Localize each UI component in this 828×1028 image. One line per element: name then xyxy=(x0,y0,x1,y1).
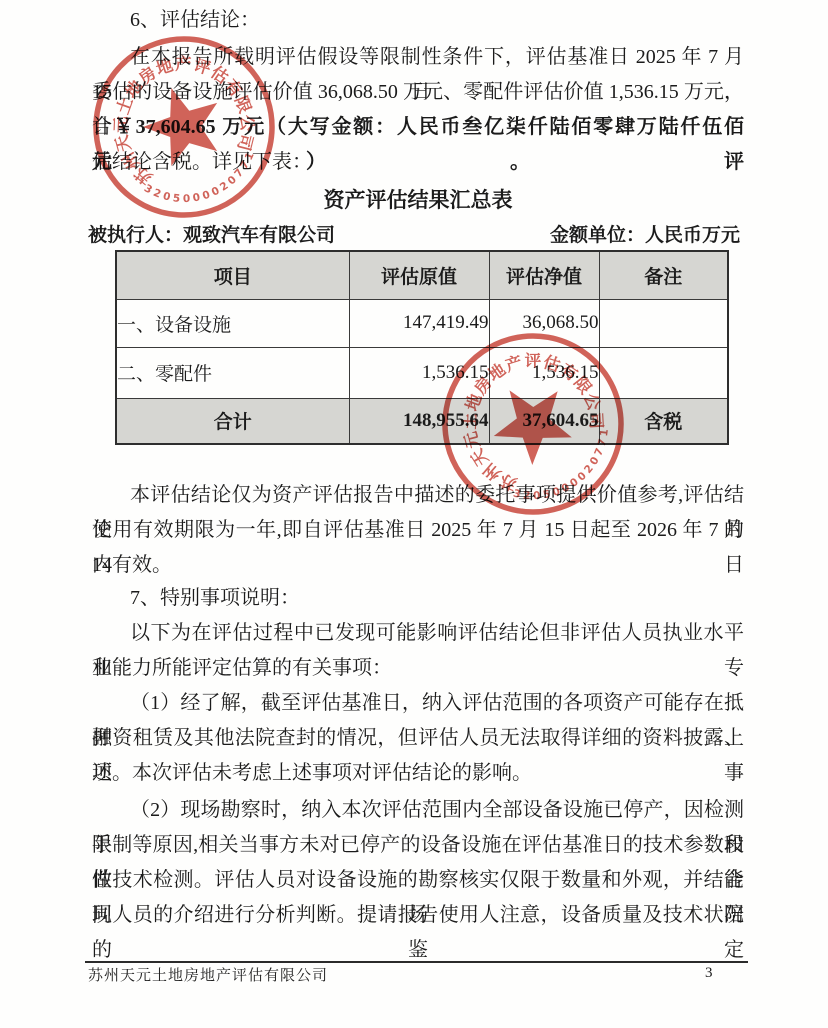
paragraph-line: 在本报告所载明评估假设等限制性条件下，评估基准日 2025 年 7 月 15 日… xyxy=(92,40,744,75)
paragraph-validity-period: 本评估结论仅为资产评估报告中描述的委托事项提供价值参考,评估结论的 使用有效期限… xyxy=(92,478,744,583)
paragraph-line: 使用有效期限为一年,即自评估基准日 2025 年 7 月 15 日起至 2026… xyxy=(92,513,744,548)
paragraph-line: 同人员的介绍进行分析判断。提请报告使用人注意，设备质量及技术状况的鉴定 xyxy=(92,898,744,933)
valuation-summary-table: 项目 评估原值 评估净值 备注 一、设备设施 147,419.49 36,068… xyxy=(115,250,729,445)
column-header-original-value: 评估原值 xyxy=(349,251,489,299)
column-header-item: 项目 xyxy=(116,251,349,299)
column-header-note: 备注 xyxy=(599,251,728,299)
footer-company-name: 苏州天元土地房地产评估有限公司 xyxy=(88,966,328,986)
column-header-net-value: 评估净值 xyxy=(489,251,599,299)
paragraph-line: 业能力所能评定估算的有关事项： xyxy=(92,651,744,686)
paragraph-line: 内有效。 xyxy=(92,548,744,583)
document-page: 6、评估结论： 在本报告所载明评估假设等限制性条件下，评估基准日 2025 年 … xyxy=(0,0,828,1028)
paragraph-special-matter-1: （1）经了解，截至评估基准日，纳入评估范围的各项资产可能存在抵押、 融资租赁及其… xyxy=(92,686,744,791)
paragraph-line: 以下为在评估过程中已发现可能影响评估结论但非评估人员执业水平和专 xyxy=(92,616,744,651)
cell-original-value: 1,536.15 xyxy=(349,347,489,398)
table-meta-executee: 被执行人：观致汽车有限公司 xyxy=(88,221,335,251)
svg-text:2: 2 xyxy=(582,463,596,476)
paragraph-special-matter-2: （2）现场勘察时，纳入本次评估范围内全部设备设施已停产，因检测手段 限制等原因,… xyxy=(92,793,744,933)
cell-item: 二、零配件 xyxy=(116,347,349,398)
table-meta-currency-unit: 金额单位：人民币万元 xyxy=(550,221,740,251)
cell-item-total: 合计 xyxy=(116,398,349,444)
paragraph-line: 做技术检测。评估人员对设备设施的勘察核实仅限于数量和外观，并结合现场陪 xyxy=(92,863,744,898)
paragraph-line: （1）经了解，截至评估基准日，纳入评估范围的各项资产可能存在抵押、 xyxy=(92,686,744,721)
cell-original-value: 148,955.64 xyxy=(349,398,489,444)
text-segment: 计 xyxy=(92,116,114,138)
table-row-equipment: 一、设备设施 147,419.49 36,068.50 xyxy=(116,299,728,347)
paragraph-line: 本评估结论仅为资产评估报告中描述的委托事项提供价值参考,评估结论的 xyxy=(92,478,744,513)
cell-net-value: 1,536.15 xyxy=(489,347,599,398)
cell-net-value: 36,068.50 xyxy=(489,299,599,347)
cell-note-tax-included: 含税 xyxy=(599,398,728,444)
cell-item: 一、设备设施 xyxy=(116,299,349,347)
table-row-spare-parts: 二、零配件 1,536.15 1,536.15 xyxy=(116,347,728,398)
footer-divider xyxy=(85,961,748,963)
svg-text:7: 7 xyxy=(592,446,606,457)
paragraph-line: 融资租赁及其他法院查封的情况，但评估人员无法取得详细的资料披露上述事 xyxy=(92,721,744,756)
paragraph-valuation-conclusion: 在本报告所载明评估假设等限制性条件下，评估基准日 2025 年 7 月 15 日… xyxy=(92,40,744,180)
paragraph-line: 计￥37,604.65 万元（大写金额：人民币叁亿柒仟陆佰零肆万陆仟伍佰元）。评 xyxy=(92,110,744,145)
paragraph-line: 项。本次评估未考虑上述事项对评估结论的影响。 xyxy=(92,756,744,791)
section-7-heading-block: 7、特别事项说明： xyxy=(92,581,744,616)
section-6-heading: 6、评估结论： xyxy=(92,3,744,38)
cell-note xyxy=(599,347,728,398)
cell-note xyxy=(599,299,728,347)
paragraph-special-matters-intro: 以下为在评估过程中已发现可能影响评估结论但非评估人员执业水平和专 业能力所能评定… xyxy=(92,616,744,686)
table-row-total: 合计 148,955.64 37,604.65 含税 xyxy=(116,398,728,444)
paragraph-line: （2）现场勘察时，纳入本次评估范围内全部设备设施已停产，因检测手段 xyxy=(92,793,744,828)
paragraph-line: 估结论含税。详见下表： xyxy=(92,145,744,180)
table-header-row: 项目 评估原值 评估净值 备注 xyxy=(116,251,728,299)
paragraph-line: 委估的设备设施评估价值 36,068.50 万元、零配件评估价值 1,536.1… xyxy=(92,75,744,110)
svg-text:天: 天 xyxy=(467,445,492,469)
page-number: 3 xyxy=(705,963,713,983)
section-7-heading: 7、特别事项说明： xyxy=(92,581,744,616)
cell-original-value: 147,419.49 xyxy=(349,299,489,347)
paragraph-line: 限制等原因,相关当事方未对已停产的设备设施在评估基准日的技术参数和性能 xyxy=(92,828,744,863)
table-title: 资产评估结果汇总表 xyxy=(92,183,744,218)
svg-text:0: 0 xyxy=(588,455,602,467)
section-6-heading-block: 6、评估结论： xyxy=(92,3,744,38)
cell-net-value: 37,604.65 xyxy=(489,398,599,444)
